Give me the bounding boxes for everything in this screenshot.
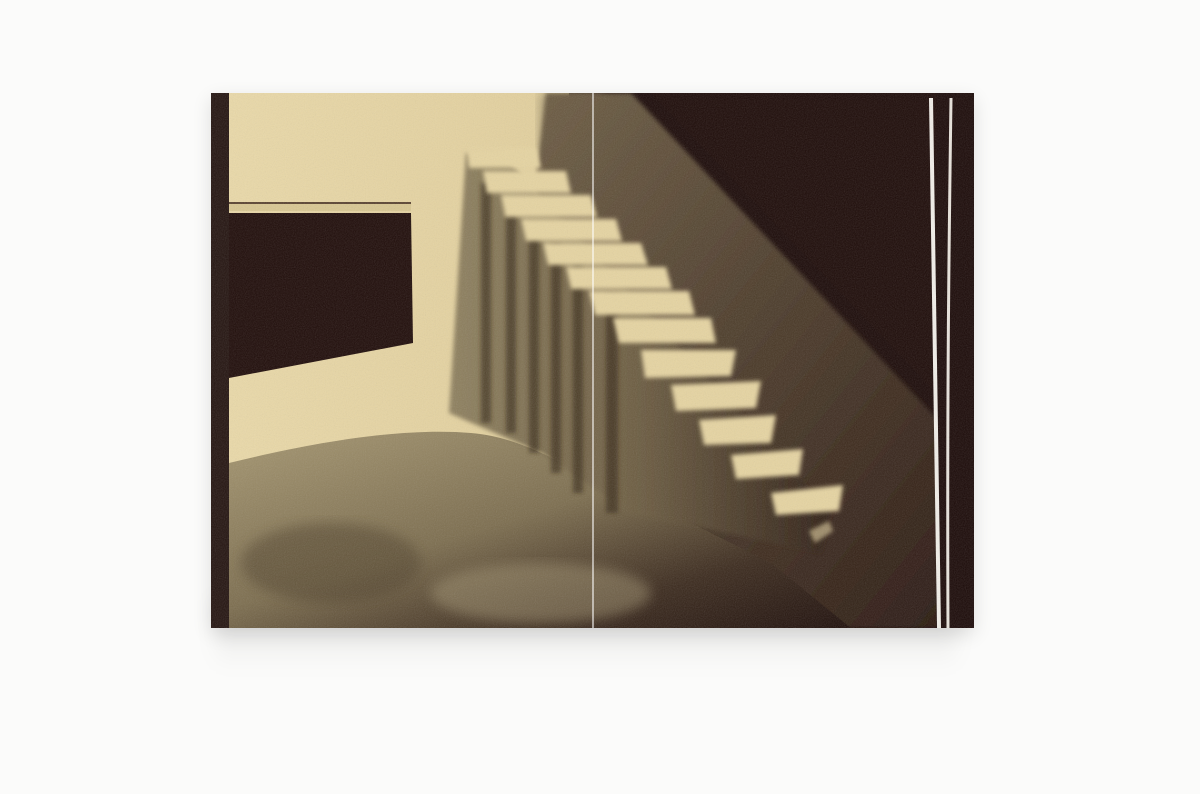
book-gutter [592,93,594,628]
open-book [211,93,974,628]
